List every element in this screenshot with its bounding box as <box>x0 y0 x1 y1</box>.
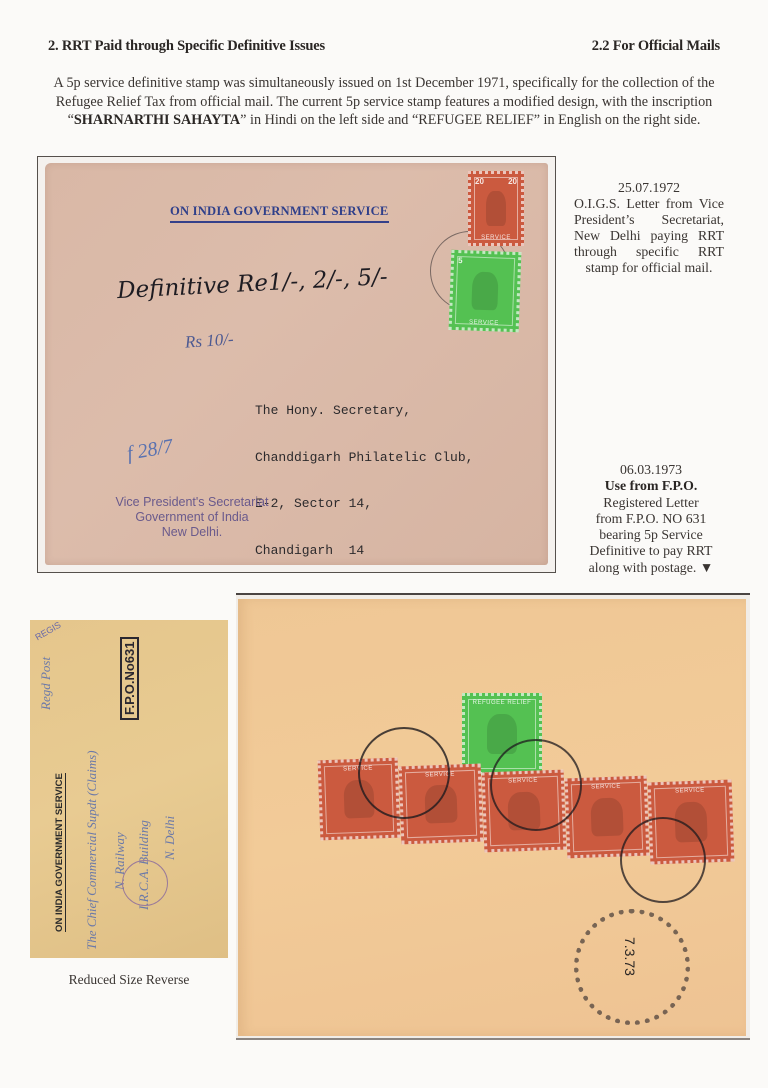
cover1-caption: 25.07.1972 O.I.G.S. Letter from Vice Pre… <box>574 180 724 276</box>
cover2-caption-line: bearing 5p Service <box>570 527 732 543</box>
address-line: The Hony. Secretary, <box>255 403 473 419</box>
cover2-caption-line: Registered Letter <box>570 495 732 511</box>
regis-mark: REGIS <box>33 620 62 642</box>
subsection-title: 2.2 For Official Mails <box>592 38 720 55</box>
cover2-reverse-image: REFUGEE RELIEF SERVICE SERVICE SERVICE S… <box>238 599 746 1036</box>
intro-paragraph: A 5p service definitive stamp was simult… <box>48 74 720 130</box>
handstamp-line: Vice President's Secretariat <box>87 495 297 510</box>
cover1-oigs-imprint: ON INDIA GOVERNMENT SERVICE <box>170 204 389 223</box>
cover1-stamp-5p-rrt: 5 SERVICE <box>449 250 522 332</box>
address-line: Chandigarh 14 <box>255 543 473 559</box>
stamp-value: 20 <box>475 177 484 186</box>
cover1-sender-handstamp: Vice President's Secretariat Government … <box>87 495 297 540</box>
cover2-oigs-imprint: ON INDIA GOVERNMENT SERVICE <box>54 773 66 932</box>
stamp-label: REFUGEE RELIEF <box>465 700 539 706</box>
fpo-postmark <box>490 739 582 831</box>
reduced-cover-caption: Reduced Size Reverse <box>30 972 228 988</box>
section-title: 2. RRT Paid through Specific Definitive … <box>48 38 325 55</box>
stamp-value: 5 <box>458 256 463 265</box>
cover2-front-reduced-image: REGIS F.P.O.No631 ON INDIA GOVERNMENT SE… <box>30 620 228 958</box>
cover2-caption-title: Use from F.P.O. <box>570 478 732 494</box>
ashoka-emblem-icon <box>591 797 624 836</box>
cover2-caption-line: from F.P.O. NO 631 <box>570 511 732 527</box>
address-line: Chanddigarh Philatelic Club, <box>255 450 473 466</box>
cover2-caption-line: Definitive to pay RRT <box>570 543 732 559</box>
handstamp-line: New Delhi. <box>87 525 297 540</box>
arrival-postmark-date: 7.3.73 <box>622 937 638 976</box>
stamp-label: SERVICE <box>452 319 516 327</box>
cover1-handwritten-mark: f 28/7 <box>125 435 174 466</box>
stamp-label: SERVICE <box>471 235 521 241</box>
cover1-caption-date: 25.07.1972 <box>574 180 724 196</box>
cover2-caption-date: 06.03.1973 <box>570 462 732 478</box>
stamp-value: 20 <box>508 177 517 186</box>
cover2-caption-line: along with postage. ▼ <box>570 560 732 576</box>
handwritten-address-line: The Chief Commercial Supdt (Claims) <box>84 750 100 950</box>
cover1-envelope-image: ON INDIA GOVERNMENT SERVICE Definitive R… <box>45 163 548 565</box>
ashoka-emblem-icon <box>471 271 498 310</box>
cover1-stamp-20p: 20 20 SERVICE <box>468 171 524 246</box>
handstamp-line: Government of India <box>87 510 297 525</box>
fpo-postmark <box>358 727 450 819</box>
handwritten-regd-post: Regd Post <box>38 657 54 710</box>
ashoka-emblem-icon <box>486 191 505 226</box>
handwritten-address-line: N. Delhi <box>162 816 178 860</box>
cover1-caption-text: O.I.G.S. Letter from Vice President’s Se… <box>574 196 724 276</box>
office-seal <box>122 860 168 906</box>
intro-bold-inscription: SHARNARTHI SAHAYTA <box>74 112 240 128</box>
cover1-handwritten-price: Rs 10/- <box>184 329 234 352</box>
fpo-postmark <box>620 817 706 903</box>
cover2-caption: 06.03.1973 Use from F.P.O. Registered Le… <box>570 462 732 576</box>
intro-text-2: ” in Hindi on the left side and “REFUGEE… <box>240 112 700 128</box>
cover1-handwritten-note: Definitive Re1/-, 2/-, 5/- <box>117 264 389 304</box>
fpo-box-handstamp: F.P.O.No631 <box>120 637 139 720</box>
